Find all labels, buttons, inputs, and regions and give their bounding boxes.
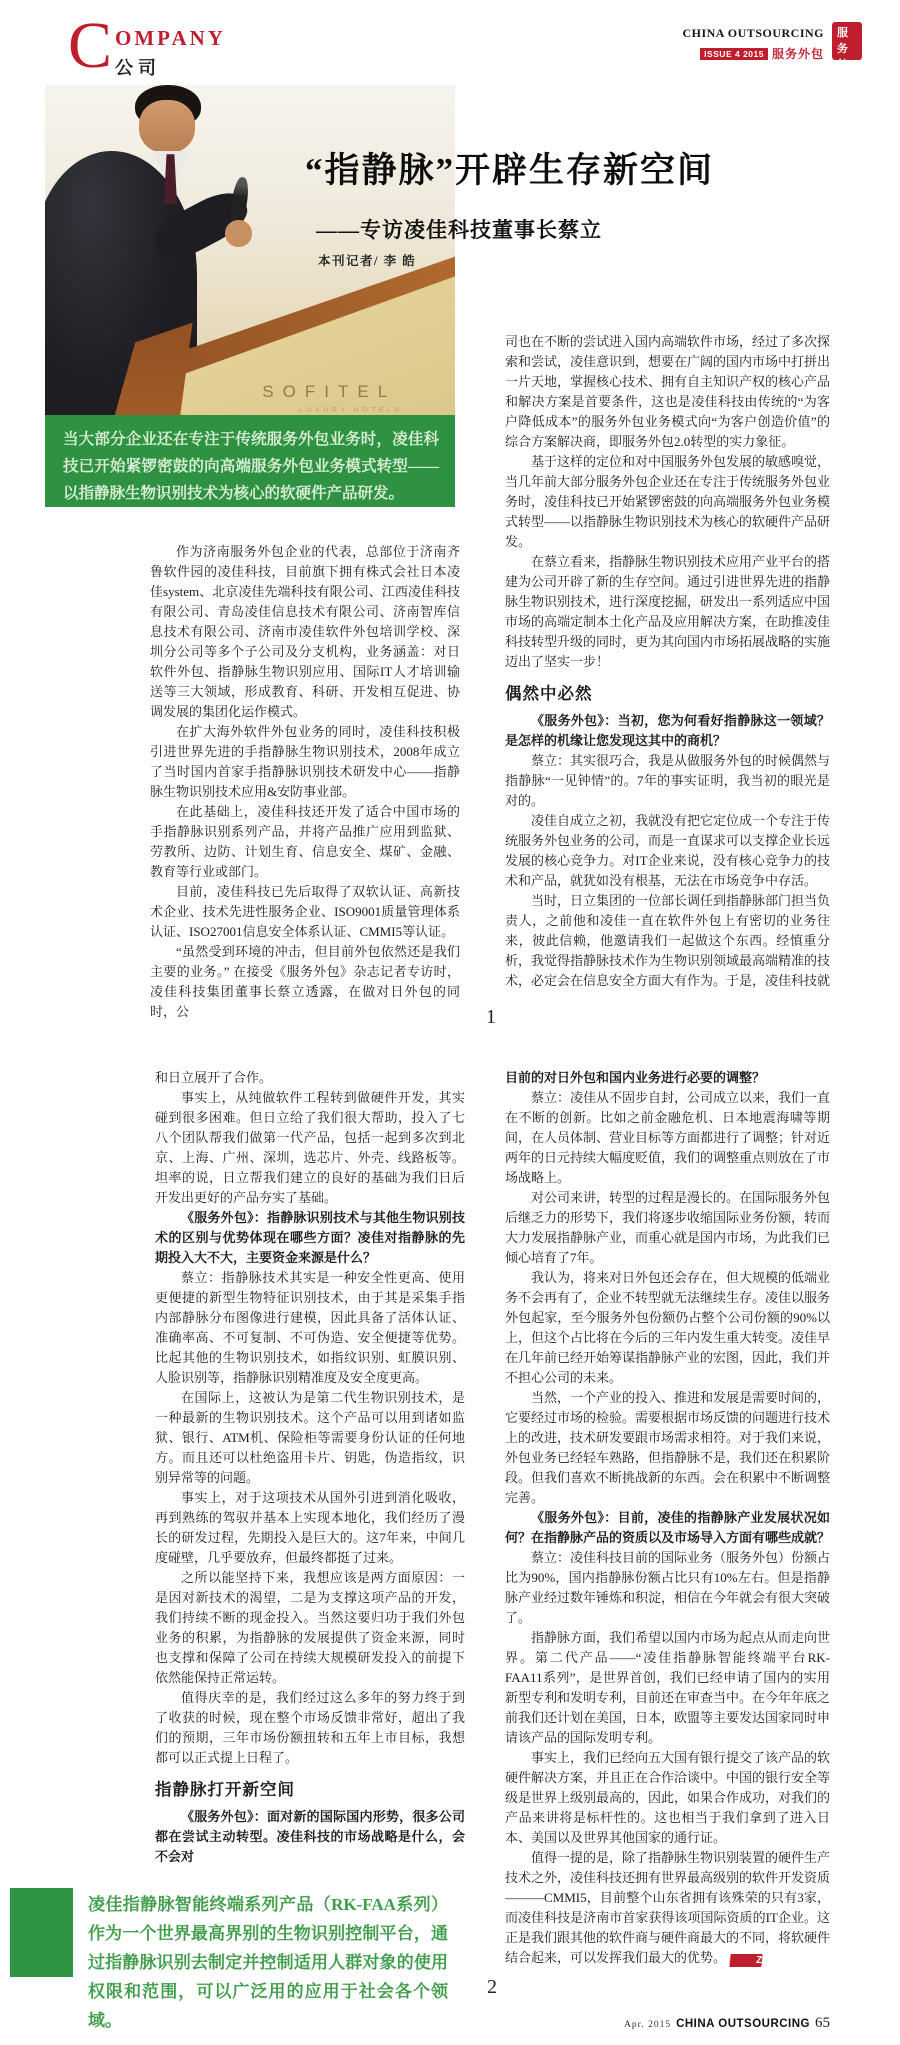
lede-quote-block: 当大部分企业还在专注于传统服务外包业务时，凌佳科技已开始紧锣密鼓的向高端服务外包…: [45, 415, 455, 507]
article-paragraph: 在此基础上，凌佳科技还开发了适合中国市场的手指静脉识别系列产品，并将产品推广应用…: [150, 802, 460, 882]
article-paragraph: 凌佳自成立之初，我就没有把它定位成一个专注于传统服务外包业务的公司，而是一直谋求…: [505, 811, 830, 891]
speaker-hand: [225, 220, 252, 246]
footer-date: Apr. 2015: [624, 2020, 671, 2030]
article-column-page1-right: 司也在不断的尝试进入国内高端软件市场，经过了多次探索和尝试，凌佳意识到，想要在广…: [505, 332, 830, 991]
article-subtitle: ——专访凌佳科技董事长蔡立: [316, 214, 602, 244]
article-paragraph: 和日立展开了合作。: [155, 1068, 465, 1088]
article-paragraph: 当然，一个产业的投入、推进和发展是需要时间的，它要经过市场的检验。需要根据市场反…: [505, 1388, 830, 1508]
article-column-page1-left: 作为济南服务外包企业的代表，总部位于济南齐鲁软件园的凌佳科技，目前旗下拥有株式会…: [150, 542, 460, 1022]
article-paragraph: 《服务外包》：面对新的国际国内形势，很多公司都在尝试主动转型。凌佳科技的市场战略…: [155, 1807, 465, 1867]
article-paragraph: 指静脉方面，我们希望以国内市场为起点从而走向世界。第二代产品——“凌佳指静脉智能…: [505, 1628, 830, 1748]
article-paragraph: 事实上，对于这项技术从国外引进到消化吸收，再到熟练的驾驭并基本上实现本地化，我们…: [155, 1488, 465, 1568]
speaker-face: [139, 100, 194, 153]
article-paragraph: 司也在不断的尝试进入国内高端软件市场，经过了多次探索和尝试，凌佳意识到，想要在广…: [505, 332, 830, 452]
section-heading: 指静脉打开新空间: [155, 1780, 465, 1800]
article-paragraph: 在扩大海外软件外包业务的同时，凌佳科技积极引进世界先进的手指静脉生物识别技术，2…: [150, 722, 460, 802]
section-labels: OMPANY 公司: [115, 16, 226, 80]
article-paragraph: 值得庆幸的是，我们经过这么多年的努力终于到了收获的时候，现在整个市场反馈非常好，…: [155, 1688, 465, 1768]
footer-magazine-name: CHINA OUTSOURCING: [676, 2018, 810, 2030]
section-heading: 偶然中必然: [505, 684, 830, 704]
section-dropcap: C: [68, 16, 112, 80]
page-marker-2: 2: [487, 1976, 497, 1999]
magazine-name: CHINA OUTSOURCING: [682, 26, 824, 41]
article-column-page2-left: 和日立展开了合作。事实上，从纯做软件工程转到做硬件开发，其实碰到很多困难。但日立…: [155, 1068, 465, 1867]
article-paragraph: 基于这样的定位和对中国服务外包发展的敏感嗅觉，当几年前大部分服务外包企业还在专注…: [505, 452, 830, 552]
article-paragraph: 蔡立：指静脉技术其实是一种安全性更高、使用更便捷的新型生物特征识别技术，由于其是…: [155, 1268, 465, 1388]
footer-page-number: 65: [815, 2015, 830, 2032]
article-paragraph: 蔡立：凌佳从不固步自封，公司成立以来，我们一直在不断的创新。比如之前金融危机、日…: [505, 1088, 830, 1188]
article-paragraph: 目前的对日外包和国内业务进行必要的调整？: [505, 1068, 830, 1088]
issue-mark: CHINA OUTSOURCING ISSUE 4 2015 服务外包: [682, 26, 824, 62]
sofitel-sign-sub: LUXURY HOTELS: [299, 407, 403, 414]
page-marker-1: 1: [486, 1006, 496, 1029]
magazine-name-cn: 服务外包: [772, 45, 824, 62]
article-paragraph: 作为济南服务外包企业的代表，总部位于济南齐鲁软件园的凌佳科技，目前旗下拥有株式会…: [150, 542, 460, 722]
article-paragraph: 在蔡立看来，指静脉生物识别技术应用产业平台的搭建为公司开辟了新的生存空间。通过引…: [505, 552, 830, 672]
magazine-seal-icon: 服务外包: [832, 22, 862, 60]
article-paragraph: 当时，日立集团的一位部长调任到指静脉部门担当负责人，之前他和凌佳一直在软件外包上…: [505, 891, 830, 991]
article-paragraph: 目前，凌佳科技已先后取得了双软认证、高新技术企业、技术先进性服务企业、ISO90…: [150, 882, 460, 942]
article-paragraph: 蔡立：凌佳科技目前的国际业务（服务外包）份额占比为90%，国内指静脉份额占比只有…: [505, 1548, 830, 1628]
sofitel-sign: SOFITEL: [262, 382, 396, 402]
end-of-article-icon: Z: [729, 1954, 762, 1967]
article-paragraph: “虽然受到环境的冲击，但目前外包依然还是我们主要的业务。” 在接受《服务外包》杂…: [150, 942, 460, 1022]
article-column-page2-right: 目前的对日外包和国内业务进行必要的调整？蔡立：凌佳从不固步自封，公司成立以来，我…: [505, 1068, 830, 1968]
article-paragraph: 对公司来讲，转型的过程是漫长的。在国际服务外包后继乏力的形势下，我们将逐步收缩国…: [505, 1188, 830, 1268]
article-paragraph: 我认为，将来对日外包还会存在，但大规模的低端业务不会再有了，企业不转型就无法继续…: [505, 1268, 830, 1388]
issue-badge: ISSUE 4 2015: [700, 48, 768, 60]
article-paragraph: 《服务外包》：目前，凌佳的指静脉产业发展状况如何？在指静脉产品的资质以及市场导入…: [505, 1508, 830, 1548]
article-paragraph: 《服务外包》：指静脉识别技术与其他生物识别技术的区别与优势体现在哪些方面？凌佳对…: [155, 1208, 465, 1268]
article-paragraph: 在国际上，这被认为是第二代生物识别技术，是一种最新的生物识别技术。这个产品可以用…: [155, 1388, 465, 1488]
article-paragraph: 蔡立：其实很巧合，我是从做服务外包的时候偶然与指静脉“一见钟情”的。7年的事实证…: [505, 751, 830, 811]
article-paragraph: 值得一提的是，除了指静脉生物识别装置的硬件生产技术之外，凌佳科技还拥有世界最高级…: [505, 1848, 830, 1968]
magazine-page: C OMPANY 公司 CHINA OUTSOURCING ISSUE 4 20…: [0, 0, 900, 2045]
article-paragraph: 事实上，我们已经向五大国有银行提交了该产品的软硬件解决方案，并且正在合作洽谈中。…: [505, 1748, 830, 1848]
page-footer: Apr. 2015 CHINA OUTSOURCING 65: [624, 2015, 830, 2032]
issue-line: ISSUE 4 2015 服务外包: [682, 45, 824, 62]
section-word: OMPANY: [115, 26, 226, 51]
article-paragraph: 事实上，从纯做软件工程转到做硬件开发，其实碰到很多困难。但日立给了我们很大帮助，…: [155, 1088, 465, 1208]
article-paragraph: 之所以能坚持下来，我想应该是两方面原因：一是因对新技术的渴望，二是为支撑这项产品…: [155, 1568, 465, 1688]
section-name-cn: 公司: [115, 54, 226, 80]
speaker-photo: SOFITEL LUXURY HOTELS: [45, 85, 455, 415]
highlight-green-square: [10, 1888, 73, 1977]
highlight-text: 凌佳指静脉智能终端系列产品（RK-FAA系列）作为一个世界最高界别的生物识别控制…: [88, 1890, 448, 2035]
article-title: “指静脉”开辟生存新空间: [305, 143, 714, 193]
article-paragraph: 《服务外包》：当初，您为何看好指静脉这一领域？是怎样的机缘让您发现这其中的商机？: [505, 711, 830, 751]
article-byline: 本刊记者/ 李 皓: [318, 251, 416, 269]
section-mark: C OMPANY 公司: [68, 16, 226, 80]
